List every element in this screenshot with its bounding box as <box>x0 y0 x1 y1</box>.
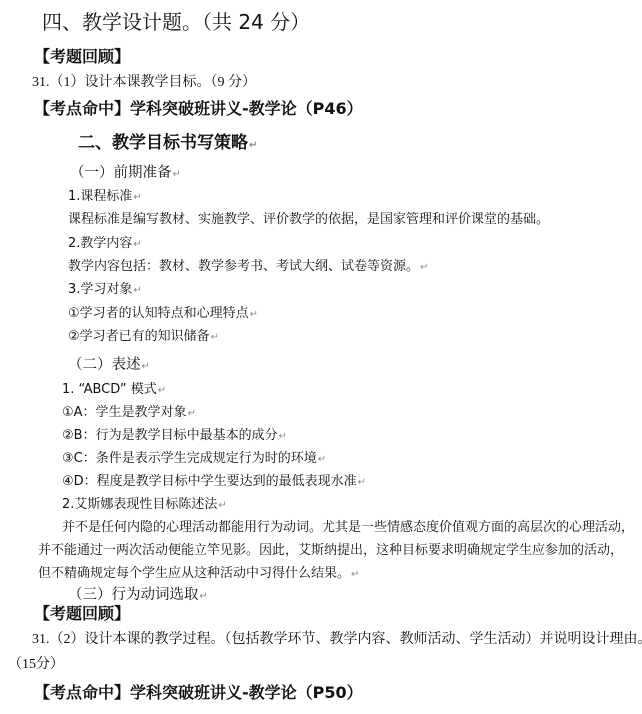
item-text: ①学习者的认知特点和心理特点 <box>68 306 249 321</box>
item-title: 1.课程标准 <box>68 189 132 204</box>
item-text: ④D：程度是教学目标中学生要达到的最低表现水准 <box>62 474 357 489</box>
item-title: 2.教学内容 <box>68 236 132 251</box>
item-text: 教学内容包括：教材、教学参考书、考试大纲、试卷等资源。 <box>68 259 419 274</box>
paragraph-mark-icon: ↵ <box>133 192 141 203</box>
paragraph-mark-icon: ↵ <box>200 591 208 602</box>
item-learner-a: ①学习者的认知特点和心理特点↵ <box>68 302 258 321</box>
paragraph-mark-icon: ↵ <box>158 385 166 396</box>
item-text: ②B：行为是教学目标中最基本的成分 <box>62 428 278 443</box>
item-curriculum-text: 课程标准是编写教材、实施教学、评价教学的依据，是国家管理和评价课堂的基础。 <box>68 208 549 227</box>
subheading-text: （一）前期准备 <box>70 165 172 181</box>
eisner-paragraph-line-3: 但不精确规定每个学生应从这种活动中习得什么结果。↵ <box>38 562 359 581</box>
item-content-text: 教学内容包括：教材、教学参考书、考试大纲、试卷等资源。↵ <box>68 255 428 274</box>
item-content-title: 2.教学内容↵ <box>68 232 142 251</box>
eisner-title: 2.艾斯娜表现性目标陈述法↵ <box>62 493 227 512</box>
hit-reference-1: 【考点命中】学科突破班讲义-教学论（P46） <box>34 96 363 119</box>
section-title: 四、教学设计题。（共 24 分） <box>42 6 310 35</box>
paragraph-mark-icon: ↵ <box>173 169 181 180</box>
item-text: ①A：学生是教学对象 <box>62 405 187 420</box>
item-text: ②学习者已有的知识储备 <box>68 329 210 344</box>
paragraph-mark-icon: ↵ <box>188 408 196 419</box>
paragraph-mark-icon: ↵ <box>218 500 226 511</box>
hit-reference-2: 【考点命中】学科突破班讲义-教学论（P50） <box>34 680 363 703</box>
abcd-c: ③C：条件是表示学生完成规定行为时的环境↵ <box>62 447 326 466</box>
abcd-b: ②B：行为是教学目标中最基本的成分↵ <box>62 424 287 443</box>
eisner-paragraph-line-1: 并不是任何内隐的心理活动都能用行为动词。尤其是一些情感态度价值观方面的高层次的心… <box>62 516 634 535</box>
item-curriculum-title: 1.课程标准↵ <box>68 185 142 204</box>
subheading-expression: （二）表述↵ <box>68 353 150 374</box>
paragraph-mark-icon: ↵ <box>133 239 141 250</box>
question-31-2-line-1: 31.（2）设计本课的教学过程。（包括教学环节、教学内容、教师活动、学生活动）并… <box>32 628 642 648</box>
subheading-preparation: （一）前期准备↵ <box>70 161 181 182</box>
paragraph-mark-icon: ↵ <box>358 477 366 488</box>
eisner-paragraph-line-2: 并不能通过一两次活动便能立竿见影。因此，艾斯纳提出，这种目标要求明确规定学生应参… <box>38 539 623 558</box>
item-title: 2.艾斯娜表现性目标陈述法 <box>62 497 217 512</box>
abcd-a: ①A：学生是教学对象↵ <box>62 401 196 420</box>
abcd-title: 1. “ABCD” 模式↵ <box>62 378 166 397</box>
paragraph-text: 但不精确规定每个学生应从这种活动中习得什么结果。 <box>38 566 350 581</box>
item-title: 3.学习对象 <box>68 282 132 297</box>
paragraph-mark-icon: ↵ <box>142 361 150 372</box>
item-text: ③C：条件是表示学生完成规定行为时的环境 <box>62 451 317 466</box>
paragraph-mark-icon: ↵ <box>279 431 287 442</box>
item-title: 1. “ABCD” 模式 <box>62 382 157 397</box>
heading-objective-strategy: 二、教学目标书写策略↵ <box>78 128 257 153</box>
question-31-1: 31.（1）设计本课教学目标。（9 分） <box>32 71 256 91</box>
paragraph-mark-icon: ↵ <box>211 332 219 343</box>
paragraph-mark-icon: ↵ <box>133 285 141 296</box>
question-31-2-line-2: （15分） <box>8 653 64 673</box>
review-label-2: 【考题回顾】 <box>34 601 130 624</box>
review-label-1: 【考题回顾】 <box>34 44 130 67</box>
paragraph-mark-icon: ↵ <box>420 262 428 273</box>
subheading-text: （二）表述 <box>68 357 141 373</box>
paragraph-mark-icon: ↵ <box>351 569 359 580</box>
item-learner-title: 3.学习对象↵ <box>68 278 142 297</box>
abcd-d: ④D：程度是教学目标中学生要达到的最低表现水准↵ <box>62 470 366 489</box>
paragraph-mark-icon: ↵ <box>318 454 326 465</box>
heading-text: 二、教学目标书写策略 <box>78 133 248 153</box>
paragraph-mark-icon: ↵ <box>249 140 257 151</box>
item-learner-b: ②学习者已有的知识储备↵ <box>68 325 219 344</box>
paragraph-mark-icon: ↵ <box>250 309 258 320</box>
